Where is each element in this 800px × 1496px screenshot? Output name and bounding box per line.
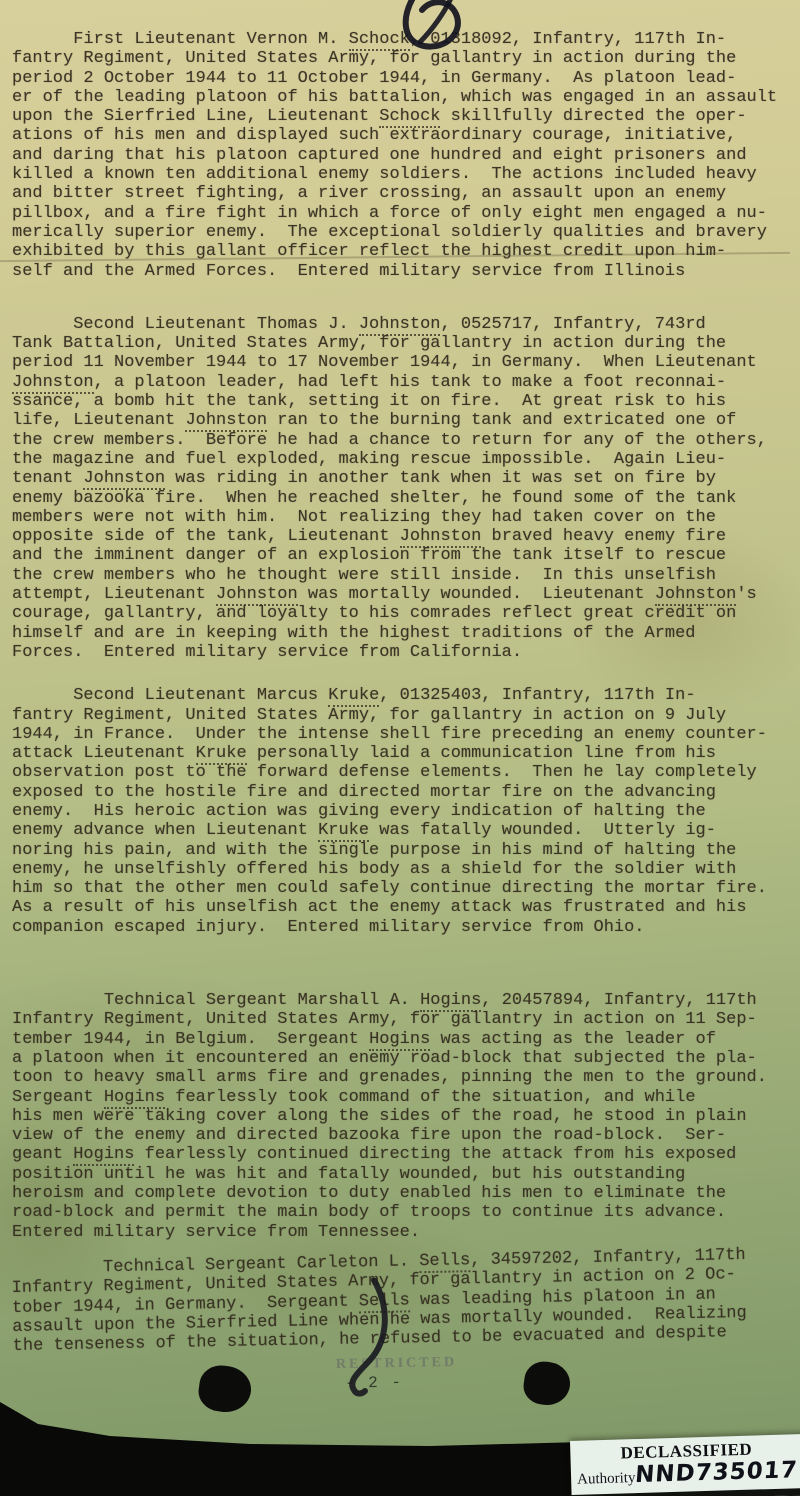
text-line: the crew members who he thought were sti… — [12, 566, 798, 585]
underlined-name: Hogins — [369, 1030, 430, 1051]
text-line: period 2 October 1944 to 11 October 1944… — [12, 69, 798, 88]
text-line: 1944, in France. Under the intense shell… — [12, 725, 798, 744]
text-line: road-block and permit the main body of t… — [12, 1203, 798, 1222]
text-line: toon to heavy small arms fire and grenad… — [12, 1068, 798, 1087]
underlined-name: Johnston — [655, 585, 737, 606]
text-line: killed a known ten additional enemy sold… — [12, 165, 798, 184]
text-line: companion escaped injury. Entered milita… — [12, 918, 798, 937]
text-line: exhibited by this gallant officer reflec… — [12, 242, 798, 261]
underlined-name: Kruke — [318, 821, 369, 842]
underlined-name: Johnston — [12, 373, 94, 394]
underlined-name: Hogins — [73, 1145, 134, 1166]
text-line: Forces. Entered military service from Ca… — [12, 643, 798, 662]
text-line: fantry Regiment, United States Army, for… — [12, 49, 798, 68]
text-line: position until he was hit and fatally wo… — [12, 1165, 798, 1184]
text-line: courage, gallantry, and loyalty to his c… — [12, 604, 798, 623]
text-line: enemy advance when Lieutenant Kruke was … — [12, 821, 798, 840]
text-line: Entered military service from Tennessee. — [12, 1223, 798, 1242]
text-line: members were not with him. Not realizing… — [12, 508, 798, 527]
text-line: exposed to the hostile fire and directed… — [12, 783, 798, 802]
citation-paragraph: Second Lieutenant Thomas J. Johnston, 05… — [12, 315, 798, 662]
pen-mark-top — [348, 0, 488, 52]
text-line: enemy, he unselfishly offered his body a… — [12, 860, 798, 879]
text-line: geant Hogins fearlessly continued direct… — [12, 1145, 798, 1164]
text-line: his men were taking cover along the side… — [12, 1107, 798, 1126]
scanned-document-page: First Lieutenant Vernon M. Schock, 01318… — [0, 0, 800, 1496]
text-line: attempt, Lieutenant Johnston was mortall… — [12, 585, 798, 604]
underlined-name: Hogins — [420, 991, 481, 1012]
text-line: observation post to the forward defense … — [12, 763, 798, 782]
text-line: Johnston, a platoon leader, had left his… — [12, 373, 798, 392]
text-line: enemy. His heroic action was giving ever… — [12, 802, 798, 821]
text-line: him so that the other men could safely c… — [12, 879, 798, 898]
text-line: and the imminent danger of an explosion … — [12, 546, 798, 565]
text-line: opposite side of the tank, Lieutenant Jo… — [12, 527, 798, 546]
text-line: heroism and complete devotion to duty en… — [12, 1184, 798, 1203]
citation-paragraph: Second Lieutenant Marcus Kruke, 01325403… — [12, 686, 798, 937]
text-line: As a result of his unselfish act the ene… — [12, 898, 798, 917]
text-line: Second Lieutenant Thomas J. Johnston, 05… — [12, 315, 798, 334]
text-line: tember 1944, in Belgium. Sergeant Hogins… — [12, 1030, 798, 1049]
text-line: pillbox, and a fire fight in which a for… — [12, 204, 798, 223]
text-line: a platoon when it encountered an enemy r… — [12, 1049, 798, 1068]
text-line: merically superior enemy. The exceptiona… — [12, 223, 798, 242]
citation-paragraph: Technical Sergeant Marshall A. Hogins, 2… — [12, 991, 798, 1242]
citation-text: First Lieutenant Vernon M. Schock, 01318… — [12, 30, 798, 1356]
declassified-stamp: DECLASSIFIED Authority NND735017 — [570, 1434, 800, 1496]
text-line: Second Lieutenant Marcus Kruke, 01325403… — [12, 686, 798, 705]
authority-label: Authority — [577, 1470, 636, 1489]
text-line: ations of his men and displayed such ext… — [12, 126, 798, 145]
text-line: life, Lieutenant Johnston ran to the bur… — [12, 411, 798, 430]
text-line: period 11 November 1944 to 17 November 1… — [12, 353, 798, 372]
text-line: Tank Battalion, United States Army, for … — [12, 334, 798, 353]
text-line: attack Lieutenant Kruke personally laid … — [12, 744, 798, 763]
underlined-name: Johnston — [83, 469, 165, 490]
text-line: Technical Sergeant Marshall A. Hogins, 2… — [12, 991, 798, 1010]
text-line: the magazine and fuel exploded, making r… — [12, 450, 798, 469]
text-line: upon the Sierfried Line, Lieutenant Scho… — [12, 107, 798, 126]
citation-paragraph: Technical Sergeant Carleton L. Sells, 34… — [11, 1245, 799, 1357]
text-line: er of the leading platoon of his battali… — [12, 88, 798, 107]
text-line: and daring that his platoon captured one… — [12, 146, 798, 165]
underlined-name: Kruke — [328, 686, 379, 707]
citation-paragraph: First Lieutenant Vernon M. Schock, 01318… — [12, 30, 798, 281]
underlined-name: Johnston — [185, 411, 267, 432]
underlined-name: Hogins — [104, 1088, 165, 1109]
text-line: tenant Johnston was riding in another ta… — [12, 469, 798, 488]
text-line: Infantry Regiment, United States Army, f… — [12, 1010, 798, 1029]
authority-number-handwritten: NND735017 — [635, 1459, 799, 1487]
underlined-name: Johnston — [400, 527, 482, 548]
text-line: enemy bazooka fire. When he reached shel… — [12, 489, 798, 508]
text-line: view of the enemy and directed bazooka f… — [12, 1126, 798, 1145]
text-line: himself and are in keeping with the high… — [12, 624, 798, 643]
underlined-name: Johnston — [216, 585, 298, 606]
text-line: and bitter street fighting, a river cros… — [12, 184, 798, 203]
text-line: ssance, a bomb hit the tank, setting it … — [12, 392, 798, 411]
text-line: fantry Regiment, United States Army, for… — [12, 706, 798, 725]
paper-sheet: First Lieutenant Vernon M. Schock, 01318… — [0, 0, 800, 1496]
pen-mark-bottom — [330, 1278, 400, 1398]
text-line: the crew members. Before he had a chance… — [12, 431, 798, 450]
underlined-name: Johnston — [359, 315, 441, 336]
text-line: self and the Armed Forces. Entered milit… — [12, 262, 798, 281]
text-line: noring his pain, and with the single pur… — [12, 841, 798, 860]
underlined-name: Kruke — [196, 744, 247, 765]
text-line: Sergeant Hogins fearlessly took command … — [12, 1088, 798, 1107]
